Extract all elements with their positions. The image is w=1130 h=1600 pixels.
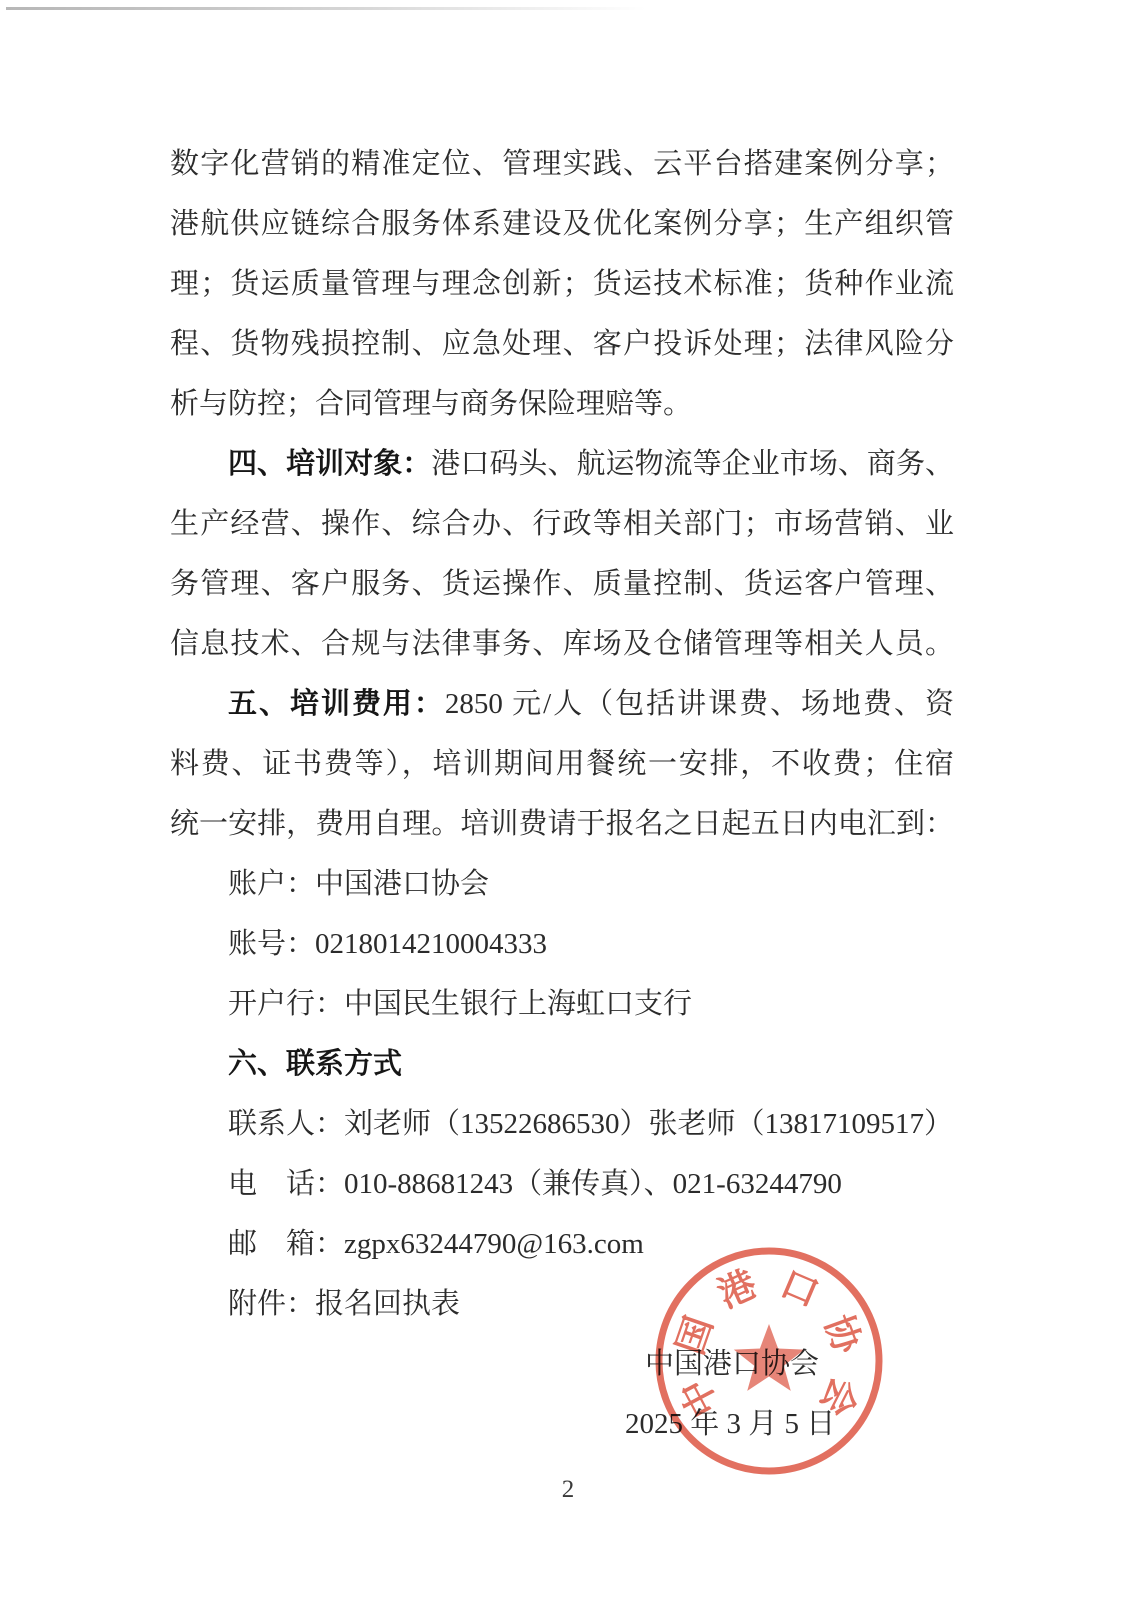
star-icon: [734, 1324, 804, 1391]
text-line-training-content-continued: 数字化营销的精准定位、管理实践、云平台搭建案例分享；: [170, 134, 954, 194]
section-heading: 六、联系方式: [228, 1048, 402, 1080]
text-segment: 程、货物残损控制、应急处理、客户投诉处理；法律风险分: [170, 328, 954, 360]
text-segment: 理；货运质量管理与理念创新；货运技术标准；货种作业流: [170, 268, 954, 300]
text-segment: 账户：中国港口协会: [228, 868, 489, 900]
stamp-arc-char: 协: [816, 1310, 869, 1361]
text-line-training-audience: 务管理、客户服务、货运操作、质量控制、货运客户管理、: [170, 554, 954, 614]
stamp-arc-char: 国: [669, 1311, 721, 1360]
text-segment: 析与防控；合同管理与商务保险理赔等。: [170, 388, 692, 420]
text-line-bank-account: 账户：中国港口协会: [170, 854, 954, 914]
text-segment: 料费、证书费等），培训期间用餐统一安排，不收费；住宿: [170, 748, 954, 780]
text-segment: 港航供应链综合服务体系建设及优化案例分享；生产组织管: [170, 208, 954, 240]
text-line-training-content-continued: 港航供应链综合服务体系建设及优化案例分享；生产组织管: [170, 194, 954, 254]
text-line-training-audience: 信息技术、合规与法律事务、库场及仓储管理等相关人员。: [170, 614, 954, 674]
text-segment: 账号：0218014210004333: [228, 928, 547, 960]
text-segment: 统一安排，费用自理。培训费请于报名之日起五日内电汇到：: [170, 808, 954, 840]
text-line-contact-section: 联系人：刘老师（13522686530）张老师（13817109517）: [170, 1094, 954, 1154]
text-line-bank-account: 开户行：中国民生银行上海虹口支行: [170, 974, 954, 1034]
text-segment: 信息技术、合规与法律事务、库场及仓储管理等相关人员。: [170, 628, 954, 660]
scan-artifact-line: [6, 7, 646, 10]
seal-svg: 中 国 港 口 协 会: [649, 1241, 889, 1481]
scanned-document-page: 数字化营销的精准定位、管理实践、云平台搭建案例分享；港航供应链综合服务体系建设及…: [0, 0, 1130, 1600]
section-heading: 五、培训费用：: [228, 688, 445, 720]
text-line-training-audience: 生产经营、操作、综合办、行政等相关部门；市场营销、业: [170, 494, 954, 554]
stamp-arc-char: 会: [811, 1370, 865, 1422]
text-line-bank-account: 账号：0218014210004333: [170, 914, 954, 974]
stamp-arc-char: 中: [673, 1371, 727, 1423]
text-line-training-fee: 五、培训费用：2850 元/人（包括讲课费、场地费、资: [170, 674, 954, 734]
page-number: 2: [548, 1476, 588, 1504]
text-segment: 开户行：中国民生银行上海虹口支行: [228, 988, 692, 1020]
text-line-training-fee: 料费、证书费等），培训期间用餐统一安排，不收费；住宿: [170, 734, 954, 794]
text-line-training-audience: 四、培训对象：港口码头、航运物流等企业市场、商务、: [170, 434, 954, 494]
text-line-training-fee: 统一安排，费用自理。培训费请于报名之日起五日内电汇到：: [170, 794, 954, 854]
text-line-training-content-continued: 程、货物残损控制、应急处理、客户投诉处理；法律风险分: [170, 314, 954, 374]
official-seal-stamp: 中 国 港 口 协 会: [649, 1241, 889, 1481]
stamp-arc-char: 港: [712, 1263, 763, 1316]
text-segment: 联系人：刘老师（13522686530）张老师（13817109517）: [228, 1108, 953, 1140]
text-segment: 附件：报名回执表: [228, 1288, 460, 1320]
text-segment: 电 话：010-88681243（兼传真）、021-63244790: [228, 1168, 842, 1200]
text-segment: 数字化营销的精准定位、管理实践、云平台搭建案例分享；: [170, 148, 954, 180]
section-heading: 四、培训对象：: [228, 448, 431, 480]
text-segment: 务管理、客户服务、货运操作、质量控制、货运客户管理、: [170, 568, 954, 600]
text-segment: 生产经营、操作、综合办、行政等相关部门；市场营销、业: [170, 508, 954, 540]
text-line-training-content-continued: 理；货运质量管理与理念创新；货运技术标准；货种作业流: [170, 254, 954, 314]
stamp-arc-char: 口: [774, 1264, 824, 1316]
text-segment: 2850 元/人（包括讲课费、场地费、资: [445, 688, 954, 720]
text-segment: 港口码头、航运物流等企业市场、商务、: [431, 448, 954, 480]
text-line-contact-section: 电 话：010-88681243（兼传真）、021-63244790: [170, 1154, 954, 1214]
text-line-contact-section: 六、联系方式: [170, 1034, 954, 1094]
document-body: 数字化营销的精准定位、管理实践、云平台搭建案例分享；港航供应链综合服务体系建设及…: [170, 134, 954, 1334]
text-segment: 邮 箱：zgpx63244790@163.com: [228, 1228, 644, 1260]
text-line-training-content-continued: 析与防控；合同管理与商务保险理赔等。: [170, 374, 954, 434]
